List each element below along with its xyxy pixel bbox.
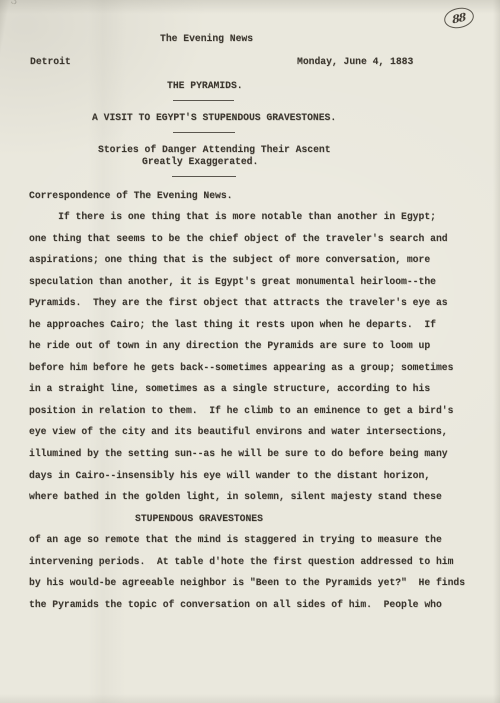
body-line: illumined by the setting sun--as he will… bbox=[29, 443, 491, 465]
body-line: where bathed in the golden light, in sol… bbox=[29, 486, 491, 508]
body-line: by his would-be agreeable neighbor is "B… bbox=[29, 572, 491, 594]
body-line: speculation than another, it is Egypt's … bbox=[29, 271, 491, 293]
headline-rule bbox=[173, 100, 234, 101]
document-page: 3 88 The Evening News Detroit Monday, Ju… bbox=[0, 0, 500, 703]
body-line: he ride out of town in any direction the… bbox=[29, 335, 491, 357]
corner-pencil-mark: 3 bbox=[9, 0, 18, 8]
byline: Correspondence of The Evening News. bbox=[29, 190, 232, 202]
body-line: before him before he gets back--sometime… bbox=[29, 357, 491, 379]
body-line: If there is one thing that is more notab… bbox=[29, 206, 491, 228]
subheadline: A VISIT TO EGYPT'S STUPENDOUS GRAVESTONE… bbox=[92, 112, 336, 124]
page-number: 88 bbox=[452, 10, 466, 26]
article-body: If there is one thing that is more notab… bbox=[29, 206, 491, 615]
body-line: intervening periods. At table d'hote the… bbox=[29, 551, 491, 573]
page-number-badge: 88 bbox=[442, 5, 476, 31]
body-line: days in Cairo--insensibly his eye will w… bbox=[29, 465, 491, 487]
body-line: one thing that seems to be the chief obj… bbox=[29, 228, 491, 250]
body-line: in a straight line, sometimes as a singl… bbox=[29, 378, 491, 400]
body-line: the Pyramids the topic of conversation o… bbox=[29, 594, 491, 616]
deck-line-2: Greatly Exaggerated. bbox=[142, 156, 258, 168]
masthead-title: The Evening News bbox=[160, 33, 253, 45]
crosshead: STUPENDOUS GRAVESTONES bbox=[29, 508, 491, 530]
body-line: eye view of the city and its beautiful e… bbox=[29, 421, 491, 443]
body-line: position in relation to them. If he clim… bbox=[29, 400, 491, 422]
dateline-city: Detroit bbox=[30, 56, 71, 68]
subheadline-rule bbox=[173, 132, 235, 133]
headline: THE PYRAMIDS. bbox=[167, 80, 243, 92]
deck-rule bbox=[172, 176, 236, 177]
deck-line-1: Stories of Danger Attending Their Ascent bbox=[98, 144, 331, 156]
body-line: aspirations; one thing that is the subje… bbox=[29, 249, 491, 271]
body-line: Pyramids. They are the first object that… bbox=[29, 292, 491, 314]
body-line: he approaches Cairo; the last thing it r… bbox=[29, 314, 491, 336]
body-line: of an age so remote that the mind is sta… bbox=[29, 529, 491, 551]
dateline-date: Monday, June 4, 1883 bbox=[297, 56, 413, 68]
